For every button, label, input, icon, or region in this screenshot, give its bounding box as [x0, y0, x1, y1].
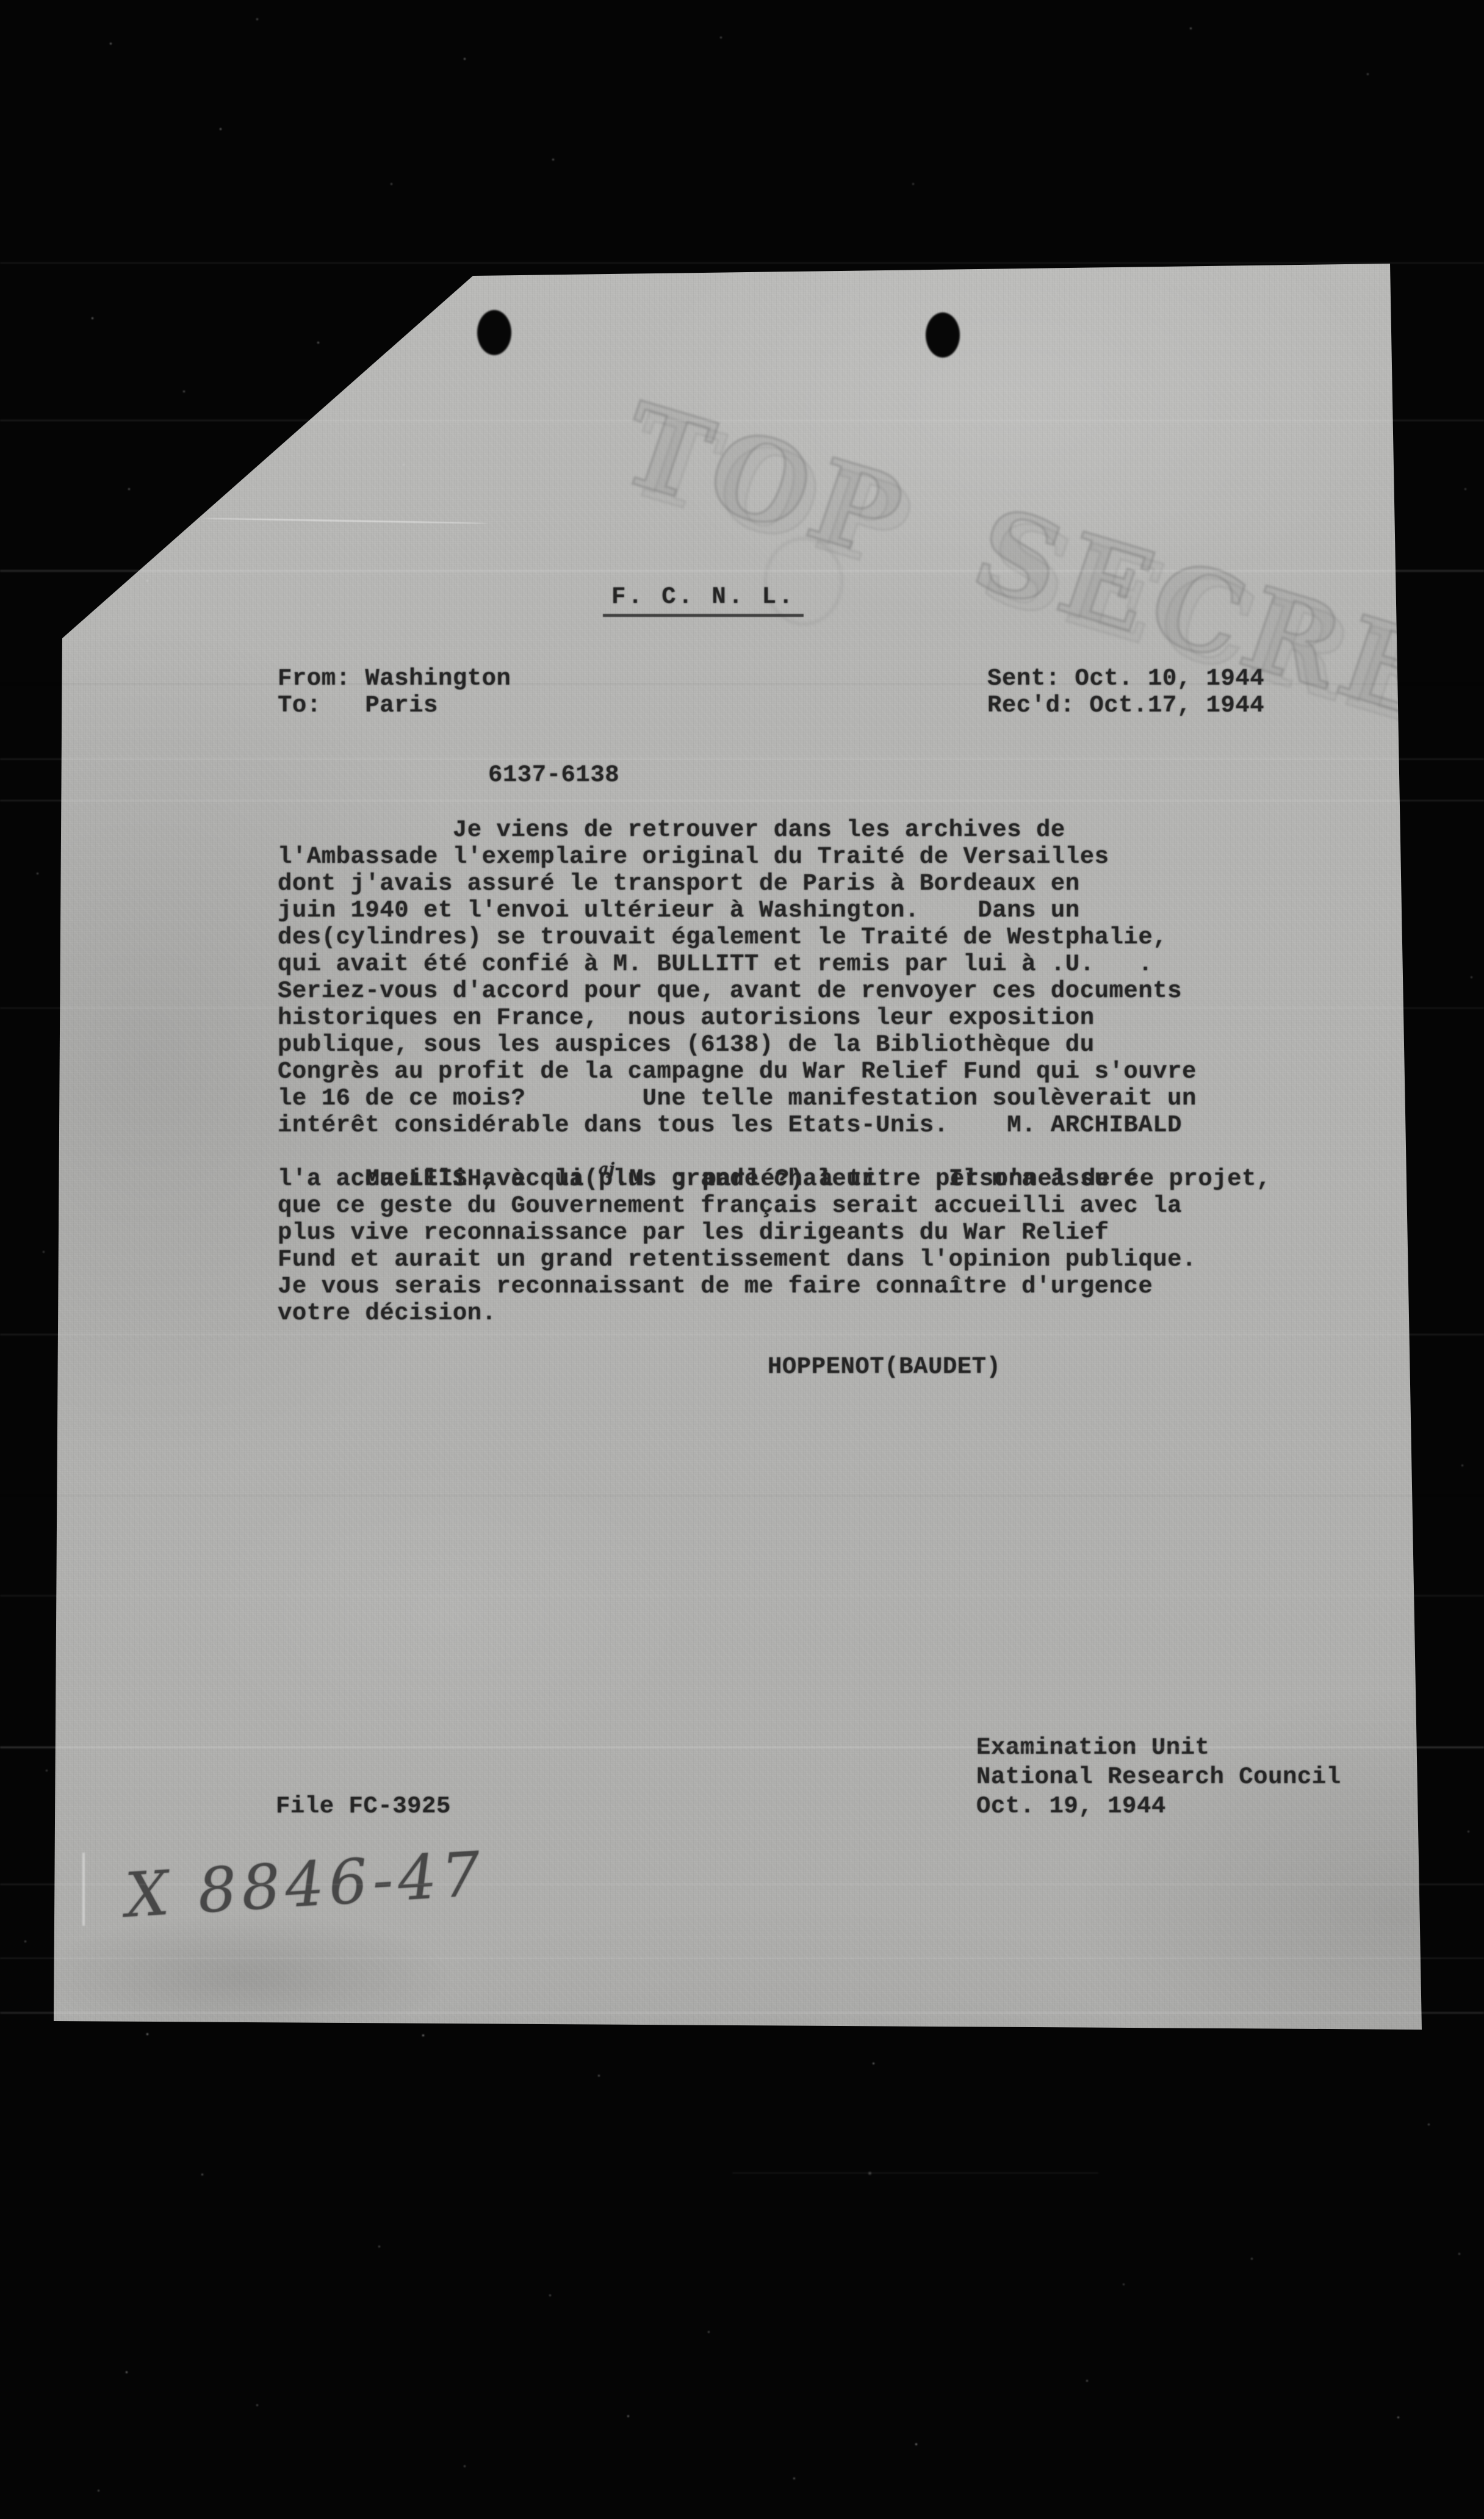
examination-unit-line: National Research Council	[976, 1764, 1341, 1790]
examination-unit-line: Examination Unit	[976, 1734, 1209, 1761]
message-number: 6137-6138	[488, 762, 619, 788]
body-line: dont j'avais assuré le transport de Pari…	[278, 870, 1080, 897]
header-to: To: Paris	[278, 692, 438, 719]
body-line: l'Ambassade l'exemplaire original du Tra…	[278, 843, 1109, 870]
body-line: Je vous serais reconnaissant de me faire…	[278, 1273, 1153, 1300]
body-line: historiques en France, nous autorisions …	[278, 1004, 1095, 1031]
body-line: Je viens de retrouver dans les archives …	[278, 816, 1065, 843]
body-line: intérêt considérable dans tous les Etats…	[278, 1112, 1182, 1139]
punch-hole-right	[926, 312, 960, 358]
document-page: TOP SECRET TOP SECRET F. C. N. L. From: …	[0, 0, 1484, 2519]
header-received-date: Rec'd: Oct.17, 1944	[987, 692, 1264, 719]
body-line: que ce geste du Gouvernement français se…	[278, 1192, 1182, 1219]
punch-hole-left	[477, 310, 511, 355]
signature: HOPPENOT(BAUDET)	[768, 1353, 1001, 1380]
paper-crease-mark	[82, 1853, 85, 1926]
body-line: plus vive reconnaissance par les dirigea…	[278, 1219, 1109, 1246]
header-sent-date: Sent: Oct. 10, 1944	[987, 665, 1264, 692]
scan-canvas: TOP SECRET TOP SECRET F. C. N. L. From: …	[0, 0, 1484, 2519]
file-number: File FC-3925	[276, 1793, 451, 1820]
body-line: des(cylindres) se trouvait également le …	[278, 924, 1167, 951]
body-line: Fund et aurait un grand retentissement d…	[278, 1246, 1197, 1273]
body-line: votre décision.	[278, 1300, 497, 1327]
body-line: qui avait été confié à M. BULLITT et rem…	[278, 951, 1153, 978]
body-line: Seriez-vous d'accord pour que, avant de …	[278, 978, 1182, 1004]
paper-corner-shadow	[37, 1916, 452, 2038]
body-line: Congrès au profit de la campagne du War …	[278, 1058, 1197, 1085]
header-from: From: Washington	[278, 665, 511, 692]
document-title: F. C. N. L.	[603, 583, 804, 617]
dust-speckles	[0, 0, 2, 2]
body-line: publique, sous les auspices (6138) de la…	[278, 1031, 1095, 1058]
body-line: juin 1940 et l'envoi ultérieur à Washing…	[278, 897, 1080, 924]
examination-unit-line: Oct. 19, 1944	[976, 1793, 1166, 1820]
body-line: l'a accueilli avec la plus grande chaleu…	[278, 1166, 1138, 1192]
body-line: le 16 de ce mois? Une telle manifestatio…	[278, 1085, 1197, 1112]
